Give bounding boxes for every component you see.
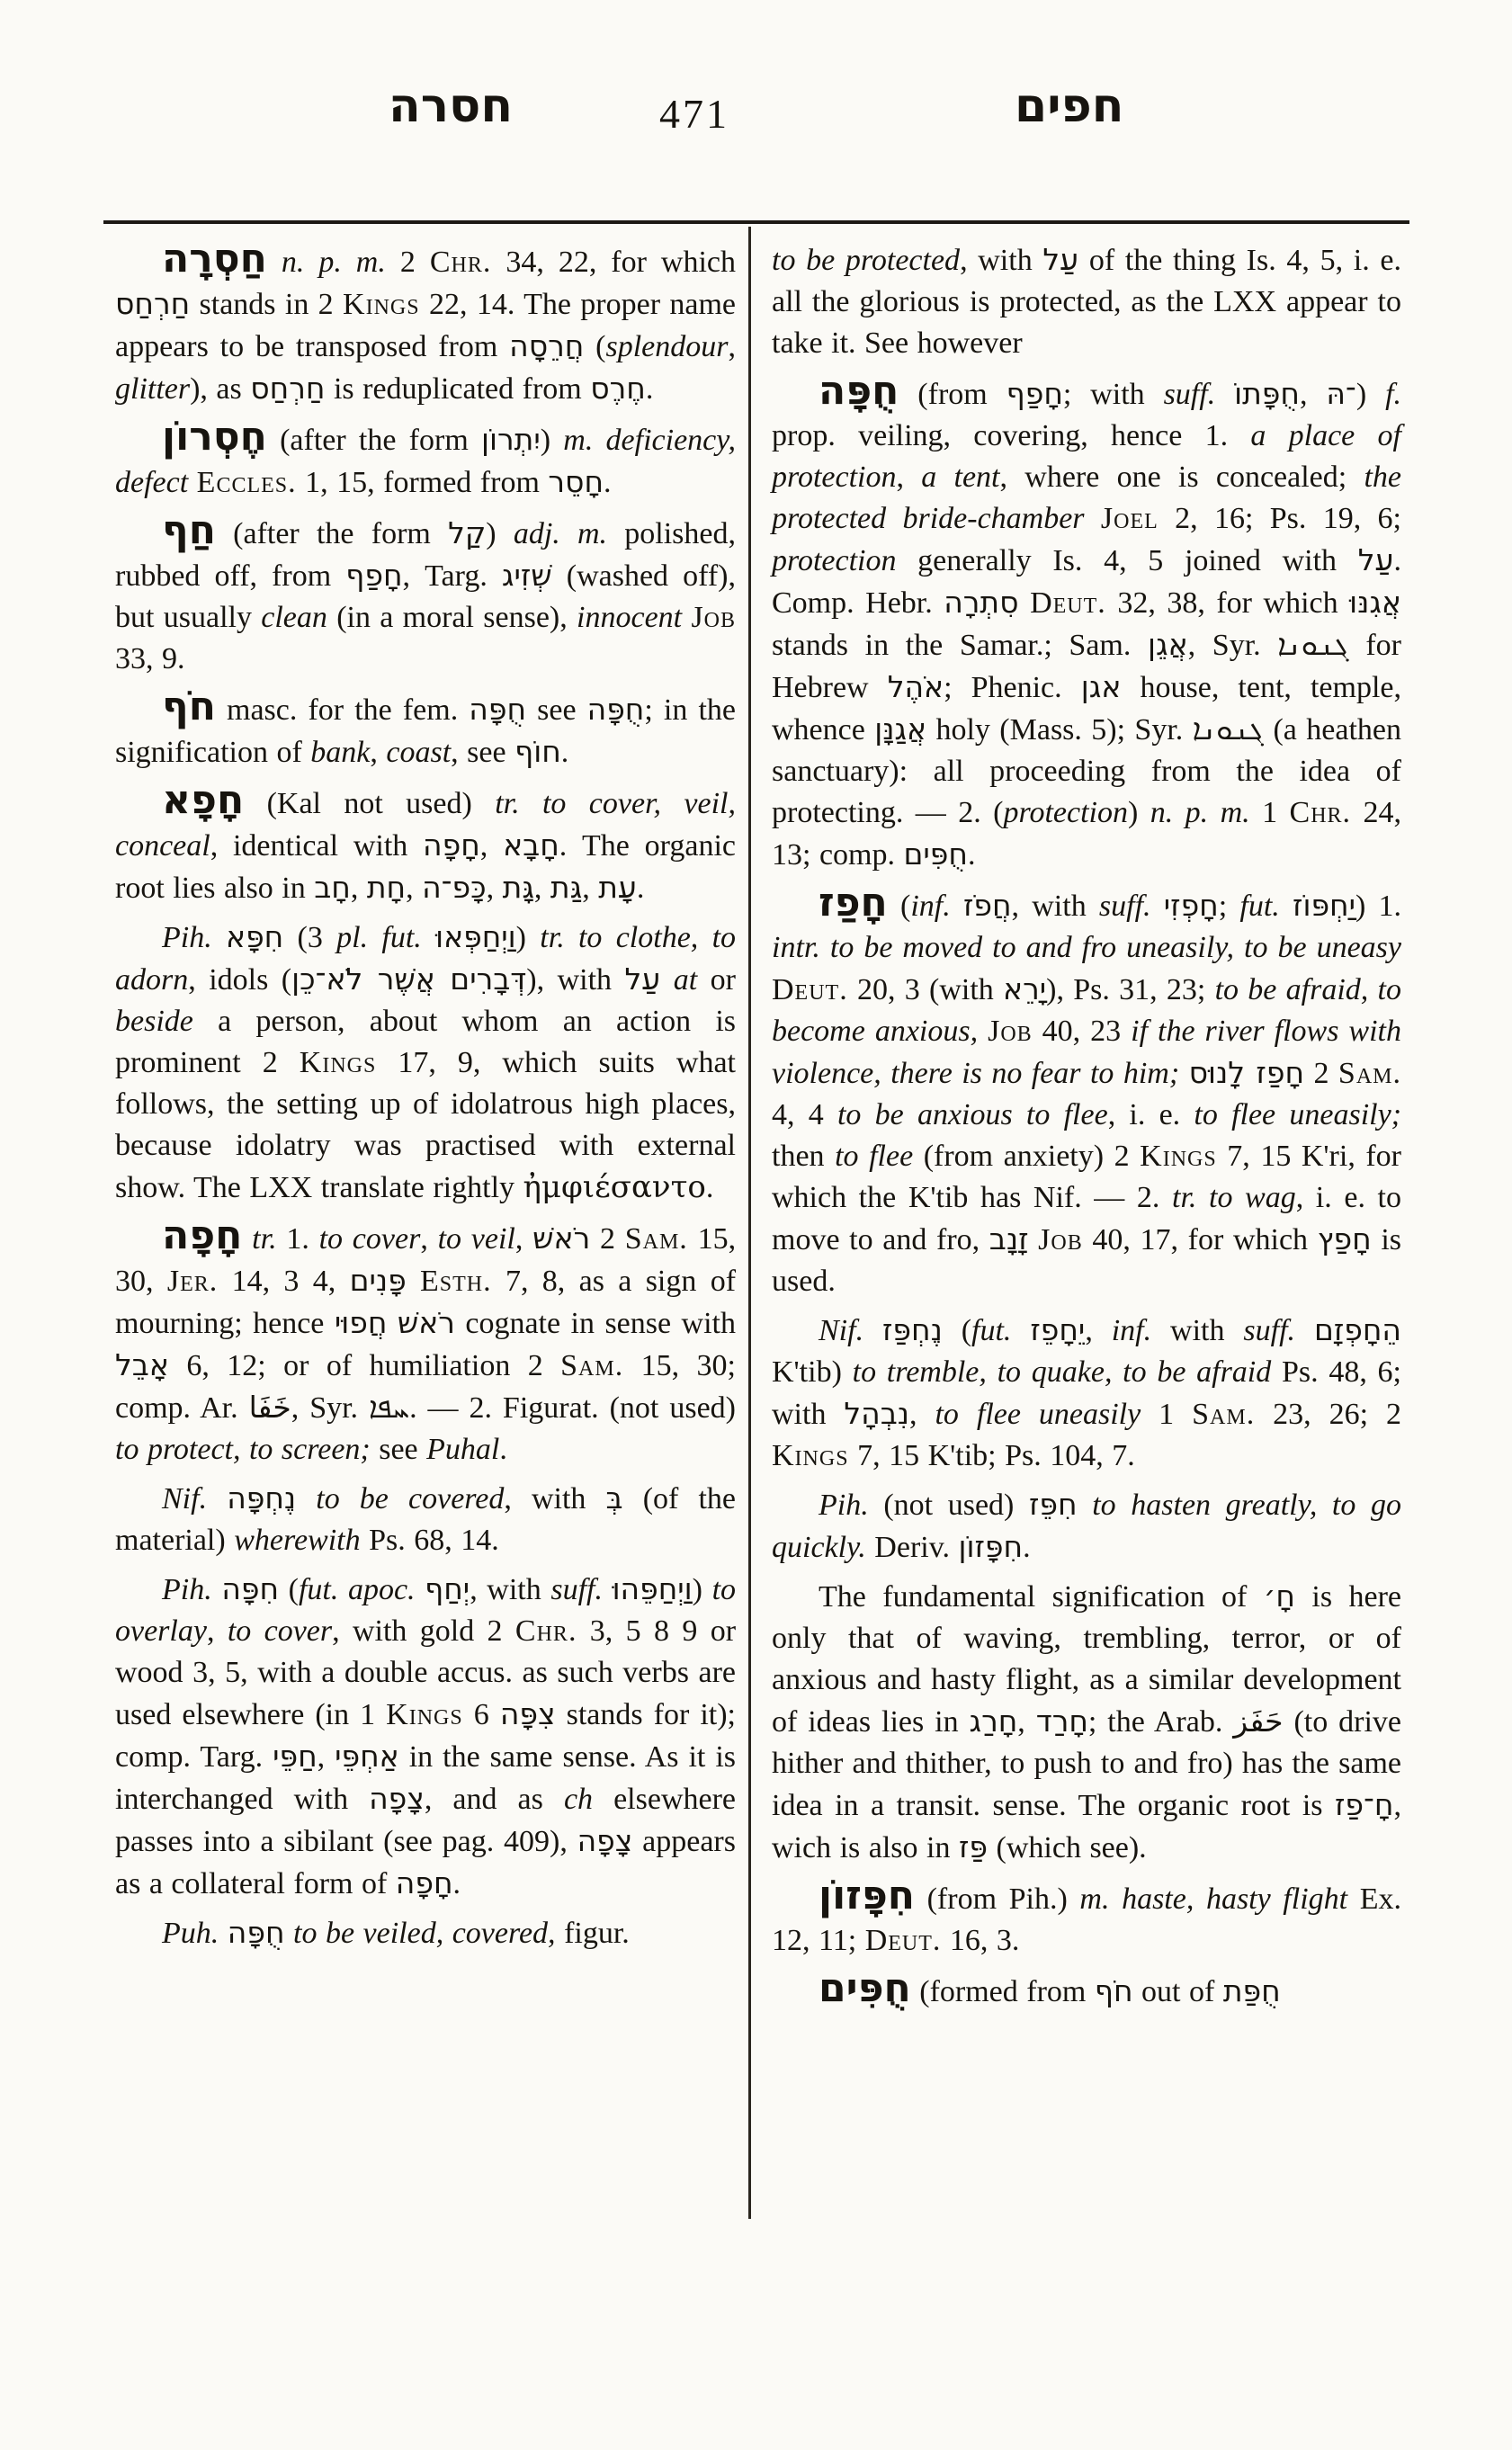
hebrew-word: יְחַף <box>425 1571 470 1606</box>
text-run: 4, 4 <box>772 1098 837 1131</box>
text-run: , <box>406 872 422 905</box>
reference-smallcaps: Sam. <box>1192 1398 1255 1431</box>
text-run: , <box>370 736 386 769</box>
hebrew-word: צָפָה <box>369 1781 425 1816</box>
reference-smallcaps: Job <box>988 1015 1033 1048</box>
text-run: figur. <box>556 1917 630 1950</box>
text-run: ; Phenic. <box>944 671 1081 704</box>
italic-text: n. p. m. <box>1150 796 1250 829</box>
italic-text: inf. <box>910 890 950 923</box>
reference-smallcaps: Sam. <box>625 1222 688 1256</box>
hebrew-headword: חַף <box>162 507 216 553</box>
hebrew-word: יַחְפּוֹז <box>1293 888 1355 923</box>
hebrew-headword: חָפָה <box>162 1212 242 1258</box>
dictionary-paragraph: חֻפָּה (from חָפַף; with suff. חֻפָּתוֹ,… <box>772 371 1401 876</box>
hebrew-headword: חֶסְרוֹן <box>162 414 267 460</box>
hebrew-word: חָפַף <box>1007 376 1063 411</box>
text-run: then <box>772 1140 835 1173</box>
arabic-word: خَفَا <box>249 1390 291 1425</box>
italic-text: innocent <box>577 601 682 634</box>
text-run: , <box>480 829 503 863</box>
hebrew-word: חֲפוּי <box>335 1305 388 1340</box>
text-run <box>1295 1314 1314 1347</box>
column-divider <box>748 227 751 2219</box>
hebrew-word: חִפֵּז <box>1029 1487 1078 1522</box>
hebrew-word: בְּ <box>606 1480 623 1516</box>
hebrew-word: חֹף <box>1095 1973 1133 2008</box>
text-run: , <box>729 330 737 363</box>
italic-text: clean <box>261 601 327 634</box>
header-keyword-left: חסרה <box>389 83 513 130</box>
text-run <box>212 921 226 954</box>
text-run: ), Ps. 31, 23; <box>1046 973 1214 1006</box>
reference-smallcaps: Joel <box>1101 502 1159 535</box>
hebrew-word: חָרַד <box>1036 1703 1088 1739</box>
italic-text: inf. <box>1112 1314 1151 1347</box>
text-run: (formed from <box>911 1975 1095 2008</box>
hebrew-word: גַּת <box>550 870 582 905</box>
text-run: , identical with <box>210 829 423 863</box>
italic-text: protection <box>1003 796 1128 829</box>
italic-text: to protect, to screen; <box>115 1433 371 1466</box>
italic-text: Pih. <box>819 1489 869 1522</box>
text-run: , with <box>960 244 1042 277</box>
italic-text: Pih. <box>162 921 212 954</box>
text-run: The fundamental signification of <box>819 1580 1264 1614</box>
dictionary-paragraph: Pih. חִפָּה (fut. apoc. יְחַף, with suff… <box>115 1569 736 1905</box>
dictionary-paragraph: חָפָה tr. 1. to cover, to veil, רֹאשׁ 2 … <box>115 1216 736 1471</box>
dictionary-paragraph: חַסְרָה n. p. m. 2 Chr. 34, 22, for whic… <box>115 239 736 410</box>
italic-text: protection <box>772 544 897 577</box>
text-run: , <box>1300 378 1326 411</box>
dictionary-paragraph: The fundamental signification of חָ׳ is … <box>772 1576 1401 1869</box>
text-run <box>1085 502 1101 535</box>
hebrew-word: נֶחְפַּז <box>882 1312 943 1347</box>
text-run: , <box>897 460 922 494</box>
text-run: . <box>1023 1531 1031 1564</box>
text-run: masc. for the fem. <box>216 693 469 727</box>
hebrew-word: צָפָה <box>577 1823 633 1858</box>
hebrew-word: חַפֵּי <box>273 1739 318 1774</box>
text-run: . — 2. Figurat. (not used) <box>409 1391 736 1425</box>
italic-text: m. haste, hasty flight <box>1079 1882 1347 1916</box>
hebrew-word: חָפָה <box>423 827 480 863</box>
text-run: (from <box>899 378 1006 411</box>
hebrew-word: חָפַף <box>345 558 402 593</box>
reference-smallcaps: Job <box>1038 1223 1083 1256</box>
hebrew-word: אגן <box>1081 669 1122 704</box>
hebrew-headword: חֻפִּים <box>819 1965 911 2011</box>
text-run <box>1280 890 1293 923</box>
text-run: ; <box>1219 890 1240 923</box>
text-run <box>660 963 673 997</box>
text-run <box>1019 586 1031 620</box>
text-run: ) <box>486 517 514 550</box>
text-run <box>387 1307 397 1340</box>
hebrew-word: דְּבָרִים אֲשֶׁר לֹא־כֵן <box>291 961 526 997</box>
hebrew-word: חוֹף <box>514 734 561 769</box>
hebrew-word: ־הּ <box>1326 376 1355 411</box>
hebrew-word: וַיְחַפֵּהוּ <box>613 1571 693 1606</box>
hebrew-word: אָבֵל <box>115 1347 169 1382</box>
text-run: ( <box>279 1573 299 1606</box>
text-run: . <box>561 736 569 769</box>
text-run: ( <box>888 890 911 923</box>
text-run: Ps. 68, 14. <box>361 1524 499 1557</box>
text-run <box>212 1573 222 1606</box>
text-run: ( <box>584 330 605 363</box>
text-run: 2 <box>1304 1057 1338 1090</box>
text-run: with <box>1151 1314 1243 1347</box>
hebrew-word: חֻפָּה <box>469 692 526 727</box>
hebrew-word: וַיְחַפְּאוּ <box>435 919 516 954</box>
italic-text: to flee uneasily <box>935 1398 1141 1431</box>
hebrew-word: זָנָב <box>989 1221 1029 1256</box>
text-run: 2 <box>590 1222 625 1256</box>
right-column: to be protected, with עַל of the thing I… <box>772 239 1401 2013</box>
italic-text: to veil <box>438 1222 515 1256</box>
dictionary-paragraph: Nif. נֶחְפַּז (fut. יֵחָפֵז, inf. with s… <box>772 1310 1401 1477</box>
text-run: prop. veiling, covering, hence 1. <box>772 419 1250 452</box>
text-run <box>951 890 963 923</box>
text-run: (after the form <box>216 517 448 550</box>
text-run: , with <box>504 1482 605 1516</box>
text-run: . <box>968 838 976 872</box>
dictionary-paragraph: Nif. נֶחְפָּה to be covered, with בְּ (o… <box>115 1478 736 1561</box>
hebrew-word: קַל <box>448 515 486 550</box>
italic-text: suff. <box>1164 378 1216 411</box>
italic-text: to flee <box>835 1140 913 1173</box>
syriac-word: ܓܢܘܢܐ <box>1277 627 1348 662</box>
italic-text: to cover <box>319 1222 421 1256</box>
header-keyword-right: חפים <box>1015 83 1123 130</box>
text-run: K'tib) <box>772 1355 853 1389</box>
text-run: , <box>351 872 367 905</box>
text-run: 40, 23 <box>1033 1015 1131 1048</box>
text-run <box>1011 1314 1030 1347</box>
hebrew-headword: חִפָּזוֹן <box>819 1873 915 1918</box>
text-run: , <box>534 872 550 905</box>
italic-text: to be covered <box>316 1482 504 1516</box>
text-run: ; with <box>1063 378 1164 411</box>
italic-text: coast <box>386 736 451 769</box>
hebrew-headword: חַסְרָה <box>162 236 267 282</box>
reference-smallcaps: Eccles. <box>197 466 297 499</box>
italic-text: to be protected <box>772 244 960 277</box>
hebrew-word: עַל <box>1042 242 1078 277</box>
dictionary-page: חסרה 471 חפים חַסְרָה n. p. m. 2 Chr. 34… <box>0 0 1512 2450</box>
hebrew-word: חָסֵר <box>548 464 604 499</box>
hebrew-word: נִבְהָל <box>844 1396 909 1431</box>
page-number: 471 <box>659 94 729 135</box>
text-run: , <box>207 1614 228 1648</box>
text-run: , with <box>1012 890 1099 923</box>
text-run: ) <box>693 1573 712 1606</box>
text-run: 34, 22, for which <box>491 246 736 279</box>
text-run: 1. <box>277 1222 319 1256</box>
hebrew-word: חָבָא <box>503 827 559 863</box>
text-run: , i. e. <box>1108 1098 1194 1131</box>
italic-text: to cover <box>228 1614 332 1648</box>
text-run <box>219 1917 228 1950</box>
dictionary-paragraph: חֶסְרוֹן (after the form יִתְרוֹן) m. de… <box>115 417 736 504</box>
hebrew-headword: חֻפָּה <box>819 368 899 414</box>
text-run: . <box>604 466 612 499</box>
italic-text: Nif. <box>819 1314 863 1347</box>
text-run: (in a moral sense), <box>327 601 577 634</box>
reference-smallcaps: Deut. <box>865 1924 942 1957</box>
text-run: 32, 38, for which <box>1106 586 1349 620</box>
text-run: , Syr. <box>291 1391 369 1425</box>
text-run: , <box>1017 1705 1035 1739</box>
syriac-word: ܚܦܐ <box>369 1390 409 1425</box>
text-run: 1 <box>1141 1398 1192 1431</box>
text-run: 2 <box>386 246 430 279</box>
text-run: (from Pih.) <box>915 1882 1079 1916</box>
text-run <box>1078 1489 1093 1522</box>
hebrew-headword: חָפָא <box>162 777 244 823</box>
hebrew-word: עַל <box>625 961 661 997</box>
italic-text: suff. <box>550 1573 603 1606</box>
hebrew-word: יֵחָפֵז <box>1030 1312 1085 1347</box>
hebrew-word: אַחְפֵּי <box>335 1739 399 1774</box>
text-run: (from anxiety) 2 <box>913 1140 1140 1173</box>
text-run: 6 <box>463 1698 500 1731</box>
text-run: ), as <box>190 372 250 406</box>
syriac-word: ܓܢܘܢܐ <box>1193 711 1264 747</box>
hebrew-word: חֻפָּתוֹ <box>1234 376 1300 411</box>
text-run: , with gold 2 <box>332 1614 515 1648</box>
dictionary-paragraph: חֹף masc. for the fem. חֻפָּה see חֻפָּה… <box>115 687 736 773</box>
text-run: 16, 3. <box>941 1924 1019 1957</box>
text-run: , idols ( <box>188 963 291 997</box>
text-run: holy (Mass. 5); Syr. <box>926 713 1193 747</box>
reference-smallcaps: Deut. <box>772 973 848 1006</box>
reference-smallcaps: Kings <box>386 1698 463 1731</box>
text-run: , Targ. <box>403 559 502 593</box>
hebrew-word: חַרְחַס <box>250 371 325 406</box>
text-run <box>285 1917 294 1950</box>
hebrew-word: חָפַז לָנוּס <box>1189 1055 1304 1090</box>
italic-text: suff. <box>1099 890 1151 923</box>
text-run: . <box>453 1867 461 1900</box>
greek-word: ἠμφιέσαντο <box>523 1169 706 1205</box>
italic-text: bank <box>310 736 370 769</box>
hebrew-word: רֹאשׁ <box>398 1305 455 1340</box>
italic-text: fut. apoc. <box>299 1573 416 1606</box>
hebrew-word: חָ־פַז <box>1335 1787 1394 1822</box>
text-run: ) <box>541 424 564 457</box>
italic-text: intr. to be moved to and fro uneasily, t… <box>772 931 1401 964</box>
italic-text: adj. m. <box>514 517 607 550</box>
italic-text: wherewith <box>234 1524 360 1557</box>
hebrew-word: חֻפַּת <box>1223 1973 1281 2008</box>
reference-smallcaps: Chr. <box>515 1614 577 1648</box>
arabic-word: حَفَز <box>1233 1703 1283 1739</box>
hebrew-word: שְׁזִיג <box>502 558 552 593</box>
text-run: (3 <box>283 921 336 954</box>
dictionary-paragraph: Pih. חִפָּא (3 pl. fut. וַיְחַפְּאוּ) tr… <box>115 917 736 1209</box>
hebrew-word: גָּת <box>503 870 534 905</box>
reference-smallcaps: Deut. <box>1030 586 1106 620</box>
hebrew-word: אֲגַנָּן <box>874 711 926 747</box>
dictionary-paragraph: to be protected, with עַל of the thing I… <box>772 239 1401 364</box>
reference-smallcaps: Kings <box>300 1046 377 1079</box>
dictionary-paragraph: Puh. חֻפָּה to be veiled, covered, figur… <box>115 1912 736 1954</box>
italic-text: tr. <box>252 1222 276 1256</box>
text-run: (Kal not used) <box>244 787 495 820</box>
text-run <box>407 1265 420 1298</box>
italic-text: suff. <box>1243 1314 1295 1347</box>
hebrew-word: עַל <box>1358 542 1394 577</box>
text-run: . <box>646 372 654 406</box>
hebrew-word: רֹאשׁ <box>532 1221 590 1256</box>
hebrew-word: חֶרֶס <box>590 371 646 406</box>
hebrew-word: נֶחְפָּה <box>227 1480 296 1516</box>
reference-smallcaps: Sam. <box>560 1349 623 1382</box>
hebrew-word: חִפָּה <box>221 1571 279 1606</box>
hebrew-word: חֻפָּה <box>228 1915 285 1950</box>
text-run: ) <box>1128 796 1150 829</box>
text-run: out of <box>1133 1975 1223 2008</box>
dictionary-paragraph: חָפַז (inf. חֲפֹז, with suff. חָפְזִי; f… <box>772 883 1401 1302</box>
text-run: 14, 3 4, <box>218 1265 349 1298</box>
hebrew-word: פָּנִים <box>350 1263 407 1298</box>
text-run: ) <box>1356 378 1385 411</box>
text-run: (after the form <box>267 424 481 457</box>
hebrew-word: חָפַץ <box>1318 1221 1372 1256</box>
text-run: see <box>526 693 587 727</box>
text-run <box>416 1573 425 1606</box>
reference-smallcaps: Jer. <box>167 1265 218 1298</box>
hebrew-word: חֲרֵסָה <box>509 328 584 363</box>
text-run: ), with <box>526 963 624 997</box>
text-run <box>188 466 197 499</box>
italic-text: to be anxious to flee <box>837 1098 1108 1131</box>
text-run: . <box>706 1171 714 1204</box>
hebrew-word: הֵחָפְזָם <box>1314 1312 1401 1347</box>
italic-text: a tent <box>921 460 999 494</box>
text-run <box>863 1314 882 1347</box>
header-rule <box>103 220 1409 224</box>
reference-smallcaps: Kings <box>1140 1140 1217 1173</box>
hebrew-word: חֲפֹז <box>963 888 1012 923</box>
text-run: , <box>420 1222 437 1256</box>
text-run: 20, 3 (with <box>848 973 1003 1006</box>
italic-text: Nif. <box>162 1482 207 1516</box>
hebrew-word: יִתְרוֹן <box>481 422 541 457</box>
text-run <box>1215 378 1234 411</box>
text-run: generally Is. 4, 5 joined with <box>897 544 1358 577</box>
hebrew-word: חִפָּא <box>226 919 283 954</box>
text-run: , <box>582 872 598 905</box>
italic-text: pl. fut. <box>336 921 422 954</box>
dictionary-paragraph: חָפָא (Kal not used) tr. to cover, veil,… <box>115 781 736 909</box>
text-run: or <box>697 963 736 997</box>
reference-smallcaps: Kings <box>772 1439 849 1472</box>
text-run: cognate in sense with <box>455 1307 736 1340</box>
hebrew-word: חֻפָּה <box>587 692 645 727</box>
text-run: , <box>1085 1314 1111 1347</box>
italic-text: to tremble, to quake, to be afraid <box>853 1355 1272 1389</box>
hebrew-word: אֲגִנּוּ <box>1349 585 1401 620</box>
text-run: ( <box>943 1314 971 1347</box>
italic-text: to be veiled, covered, <box>293 1917 556 1950</box>
text-run: 23, 26; 2 <box>1255 1398 1401 1431</box>
dictionary-paragraph: חֻפִּים (formed from חֹף out of חֻפַּת <box>772 1969 1401 2013</box>
italic-text: Pih. <box>162 1573 212 1606</box>
italic-text: to flee uneasily; <box>1194 1098 1401 1131</box>
reference-smallcaps: Sam. <box>1338 1057 1401 1090</box>
hebrew-word: חִפָּזוֹן <box>959 1529 1024 1564</box>
italic-text: at <box>674 963 697 997</box>
reference-smallcaps: Chr. <box>430 246 492 279</box>
text-run: , where one is concealed; <box>1000 460 1364 494</box>
hebrew-word: חָת <box>367 870 406 905</box>
hebrew-word: חַרְחַס <box>115 286 190 321</box>
text-run: 7, 15 K'tib; Ps. 104, 7. <box>849 1439 1135 1472</box>
text-run <box>1151 890 1164 923</box>
italic-text: f. <box>1385 378 1401 411</box>
text-run: ) <box>516 921 541 954</box>
text-run: . <box>637 872 645 905</box>
text-run: 1, 15, formed from <box>297 466 549 499</box>
text-run: 2, 16; Ps. 19, 6; <box>1159 502 1401 535</box>
text-run: see <box>371 1433 426 1466</box>
text-run: , <box>515 1222 532 1256</box>
text-run: . <box>499 1433 507 1466</box>
reference-smallcaps: Esth. <box>420 1265 492 1298</box>
italic-text: ch <box>564 1783 593 1816</box>
italic-text: fut. <box>1239 890 1279 923</box>
reference-smallcaps: Chr. <box>1290 796 1352 829</box>
text-run <box>296 1482 316 1516</box>
text-run <box>1029 1223 1039 1256</box>
text-run: 33, 9. <box>115 642 185 675</box>
hebrew-word: חָ׳ <box>1264 1578 1295 1614</box>
text-run: , <box>487 872 503 905</box>
hebrew-headword: חָפַז <box>819 880 888 925</box>
text-run <box>1179 1057 1188 1090</box>
text-run: ; the Arab. <box>1088 1705 1233 1739</box>
italic-text: n. p. m. <box>267 246 386 279</box>
italic-text: fut. <box>971 1314 1011 1347</box>
italic-text: Puhal <box>426 1433 499 1466</box>
text-run: , Syr. <box>1188 629 1278 662</box>
text-run <box>682 601 691 634</box>
text-run: , <box>909 1398 935 1431</box>
text-run: (not used) <box>869 1489 1029 1522</box>
text-run: stands in 2 <box>190 288 343 321</box>
hebrew-word: חָרַג <box>970 1703 1018 1739</box>
dictionary-paragraph: חִפָּזוֹן (from Pih.) m. haste, hasty fl… <box>772 1876 1401 1962</box>
hebrew-word: חָפָה <box>396 1865 453 1900</box>
text-run: , and as <box>425 1783 564 1816</box>
hebrew-word: פַּז <box>959 1829 988 1864</box>
hebrew-word: חָב <box>314 870 351 905</box>
text-run: stands in the Samar.; Sam. <box>772 629 1148 662</box>
hebrew-word: עָת <box>598 870 637 905</box>
dictionary-paragraph: Pih. (not used) חִפֵּז to hasten greatly… <box>772 1484 1401 1569</box>
italic-text: tr. to wag <box>1172 1181 1296 1214</box>
text-run: 1 <box>1250 796 1290 829</box>
reference-smallcaps: Kings <box>343 288 420 321</box>
hebrew-word: אֲגֵן <box>1148 627 1188 662</box>
dictionary-paragraph: חַף (after the form קַל) adj. m. polishe… <box>115 511 736 680</box>
italic-text: glitter <box>115 372 190 406</box>
text-run: ) 1. <box>1355 890 1401 923</box>
text-run: , <box>318 1740 335 1774</box>
